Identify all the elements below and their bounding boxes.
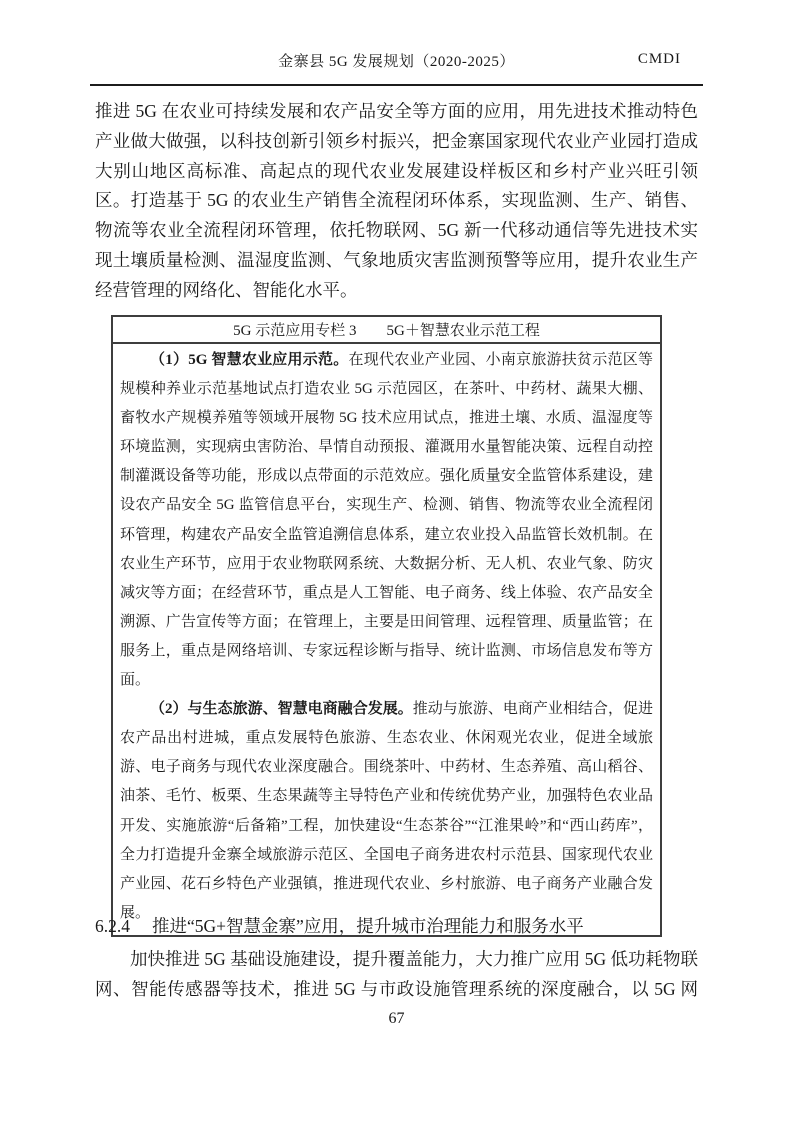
header-rule [90,84,703,86]
callout-box-header: 5G 示范应用专栏 3 5G＋智慧农业示范工程 [113,317,660,344]
callout-box-label: 5G 示范应用专栏 3 [233,319,356,340]
document-title: 金寨县 5G 发展规划（2020-2025） [90,50,703,71]
section-heading: 6.2.4推进“5G+智慧金寨”应用，提升城市治理能力和服务水平 [95,913,735,938]
intro-paragraph: 推进 5G 在农业可持续发展和农产品安全等方面的应用，用先进技术推动特色产业做大… [95,97,698,306]
section-number: 6.2.4 [95,916,130,936]
callout-paragraph-2-lead: （2）与生态旅游、智慧电商融合发展。 [150,701,413,717]
callout-box-body: （1）5G 智慧农业应用示范。在现代农业产业园、小南京旅游扶贫示范区等规模种养业… [113,344,660,935]
callout-paragraph-1-lead: （1）5G 智慧农业应用示范。 [150,352,349,368]
section-title: 推进“5G+智慧金寨”应用，提升城市治理能力和服务水平 [152,916,584,936]
callout-paragraph-2: （2）与生态旅游、智慧电商融合发展。推动与旅游、电商产业相结合，促进农产品出村进… [120,695,653,928]
page-number: 67 [0,1010,793,1028]
org-label: CMDI [638,51,681,68]
callout-paragraph-2-text: 推动与旅游、电商产业相结合，促进农产品出村进城，重点发展特色旅游、生态农业、休闲… [120,701,653,921]
running-header: 金寨县 5G 发展规划（2020-2025） CMDI [90,50,703,72]
callout-box-title: 5G＋智慧农业示范工程 [387,319,540,340]
callout-box: 5G 示范应用专栏 3 5G＋智慧农业示范工程 （1）5G 智慧农业应用示范。在… [111,315,662,937]
callout-paragraph-1-text: 在现代农业产业园、小南京旅游扶贫示范区等规模种养业示范基地试点打造农业 5G 示… [120,352,653,688]
callout-paragraph-1: （1）5G 智慧农业应用示范。在现代农业产业园、小南京旅游扶贫示范区等规模种养业… [120,346,653,695]
document-page: 金寨县 5G 发展规划（2020-2025） CMDI 推进 5G 在农业可持续… [0,0,793,1122]
section-paragraph: 加快推进 5G 基础设施建设，提升覆盖能力，大力推广应用 5G 低功耗物联网、智… [95,944,698,1004]
